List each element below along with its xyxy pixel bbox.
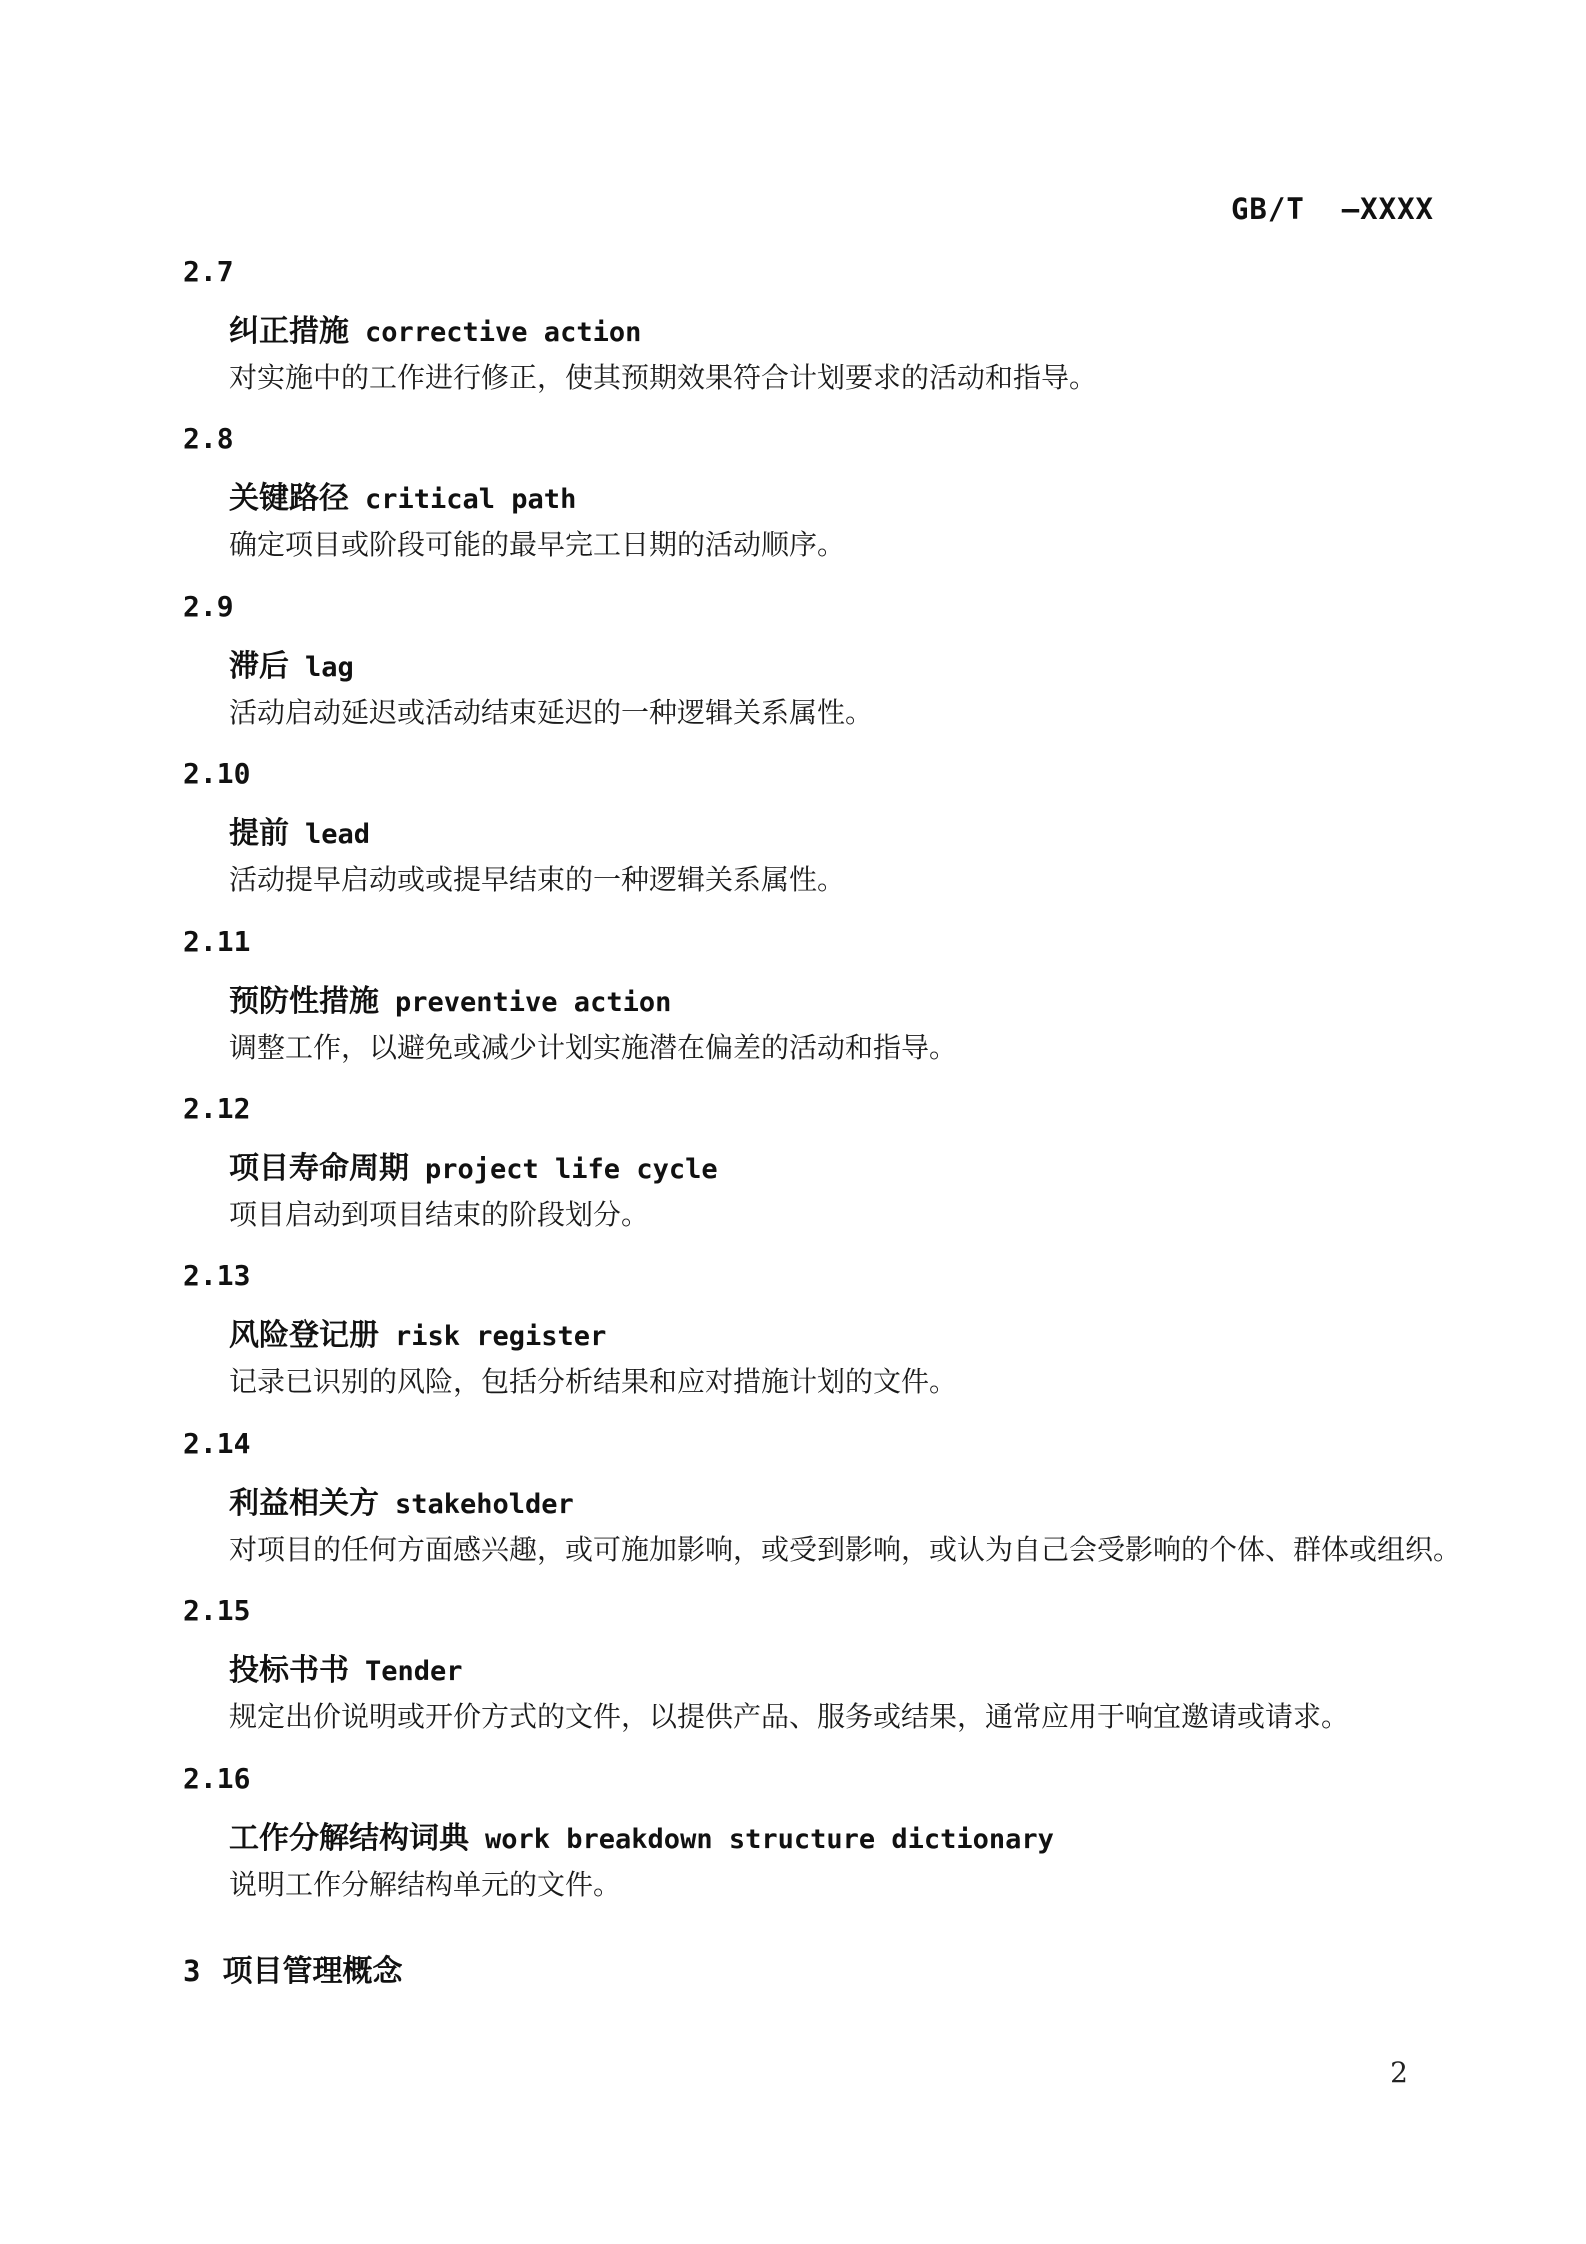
term-section-2-10: 2.10 提前 lead 活动提早启动或或提早结束的一种逻辑关系属性。 bbox=[183, 758, 1493, 925]
section-number: 2.15 bbox=[183, 1595, 1493, 1627]
term-section-2-16: 2.16 工作分解结构词典 work breakdown structure d… bbox=[183, 1763, 1493, 1930]
page-number: 2 bbox=[1390, 2056, 1408, 2089]
term-definition: 活动提早启动或或提早结束的一种逻辑关系属性。 bbox=[229, 861, 1493, 899]
term-chinese: 预防性措施 bbox=[229, 985, 379, 1018]
term-english: lag bbox=[305, 652, 354, 683]
term-definition: 说明工作分解结构单元的文件。 bbox=[229, 1866, 1493, 1904]
chapter-heading: 3项目管理概念 bbox=[183, 1946, 1493, 1990]
term-section-2-14: 2.14 利益相关方 stakeholder 对项目的任何方面感兴趣，或可施加影… bbox=[183, 1428, 1493, 1595]
term-definition: 对项目的任何方面感兴趣，或可施加影响，或受到影响，或认为自己会受影响的个体、群体… bbox=[229, 1531, 1493, 1569]
document-header-code: GB/T —XXXX bbox=[1231, 192, 1434, 226]
term-english: Tender bbox=[365, 1656, 463, 1687]
term-line: 滞后 lag bbox=[229, 650, 1493, 689]
term-chinese: 提前 bbox=[229, 817, 289, 850]
term-english: stakeholder bbox=[395, 1489, 574, 1520]
section-number: 2.14 bbox=[183, 1428, 1493, 1460]
term-line: 项目寿命周期 project life cycle bbox=[229, 1152, 1493, 1191]
term-english: preventive action bbox=[395, 987, 671, 1018]
term-english: lead bbox=[305, 819, 370, 850]
term-line: 投标书书 Tender bbox=[229, 1654, 1493, 1693]
term-english: corrective action bbox=[365, 317, 641, 348]
document-body: 2.7 纠正措施 corrective action 对实施中的工作进行修正，使… bbox=[183, 256, 1493, 1990]
term-section-2-12: 2.12 项目寿命周期 project life cycle 项目启动到项目结束… bbox=[183, 1093, 1493, 1260]
section-number: 2.12 bbox=[183, 1093, 1493, 1125]
section-number: 2.9 bbox=[183, 591, 1493, 623]
term-section-2-7: 2.7 纠正措施 corrective action 对实施中的工作进行修正，使… bbox=[183, 256, 1493, 423]
term-section-2-11: 2.11 预防性措施 preventive action 调整工作，以避免或减少… bbox=[183, 926, 1493, 1093]
term-chinese: 项目寿命周期 bbox=[229, 1152, 409, 1185]
term-definition: 调整工作，以避免或减少计划实施潜在偏差的活动和指导。 bbox=[229, 1029, 1493, 1067]
term-line: 提前 lead bbox=[229, 817, 1493, 856]
term-chinese: 工作分解结构词典 bbox=[229, 1822, 469, 1855]
term-section-2-8: 2.8 关键路径 critical path 确定项目或阶段可能的最早完工日期的… bbox=[183, 423, 1493, 590]
term-line: 风险登记册 risk register bbox=[229, 1319, 1493, 1358]
term-english: risk register bbox=[395, 1321, 606, 1352]
term-english: project life cycle bbox=[425, 1154, 718, 1185]
term-definition: 对实施中的工作进行修正，使其预期效果符合计划要求的活动和指导。 bbox=[229, 359, 1493, 397]
term-chinese: 风险登记册 bbox=[229, 1319, 379, 1352]
term-section-2-13: 2.13 风险登记册 risk register 记录已识别的风险，包括分析结果… bbox=[183, 1260, 1493, 1427]
section-number: 2.11 bbox=[183, 926, 1493, 958]
term-chinese: 纠正措施 bbox=[229, 315, 349, 348]
term-line: 利益相关方 stakeholder bbox=[229, 1487, 1493, 1526]
term-definition: 活动启动延迟或活动结束延迟的一种逻辑关系属性。 bbox=[229, 694, 1493, 732]
term-line: 工作分解结构词典 work breakdown structure dictio… bbox=[229, 1822, 1493, 1861]
term-definition: 项目启动到项目结束的阶段划分。 bbox=[229, 1196, 1493, 1234]
term-definition: 规定出价说明或开价方式的文件，以提供产品、服务或结果，通常应用于响宜邀请或请求。 bbox=[229, 1698, 1493, 1736]
section-number: 2.13 bbox=[183, 1260, 1493, 1292]
term-definition: 确定项目或阶段可能的最早完工日期的活动顺序。 bbox=[229, 526, 1493, 564]
term-line: 预防性措施 preventive action bbox=[229, 985, 1493, 1024]
section-number: 2.8 bbox=[183, 423, 1493, 455]
term-chinese: 关键路径 bbox=[229, 482, 349, 515]
chapter-number: 3 bbox=[183, 1954, 200, 1988]
term-english: critical path bbox=[365, 484, 576, 515]
term-chinese: 滞后 bbox=[229, 650, 289, 683]
term-section-2-15: 2.15 投标书书 Tender 规定出价说明或开价方式的文件，以提供产品、服务… bbox=[183, 1595, 1493, 1762]
term-definition: 记录已识别的风险，包括分析结果和应对措施计划的文件。 bbox=[229, 1363, 1493, 1401]
term-section-2-9: 2.9 滞后 lag 活动启动延迟或活动结束延迟的一种逻辑关系属性。 bbox=[183, 591, 1493, 758]
term-chinese: 投标书书 bbox=[229, 1654, 349, 1687]
term-chinese: 利益相关方 bbox=[229, 1487, 379, 1520]
term-line: 关键路径 critical path bbox=[229, 482, 1493, 521]
term-english: work breakdown structure dictionary bbox=[485, 1824, 1054, 1855]
term-line: 纠正措施 corrective action bbox=[229, 315, 1493, 354]
section-number: 2.16 bbox=[183, 1763, 1493, 1795]
section-number: 2.10 bbox=[183, 758, 1493, 790]
chapter-title: 项目管理概念 bbox=[222, 1955, 402, 1988]
section-number: 2.7 bbox=[183, 256, 1493, 288]
